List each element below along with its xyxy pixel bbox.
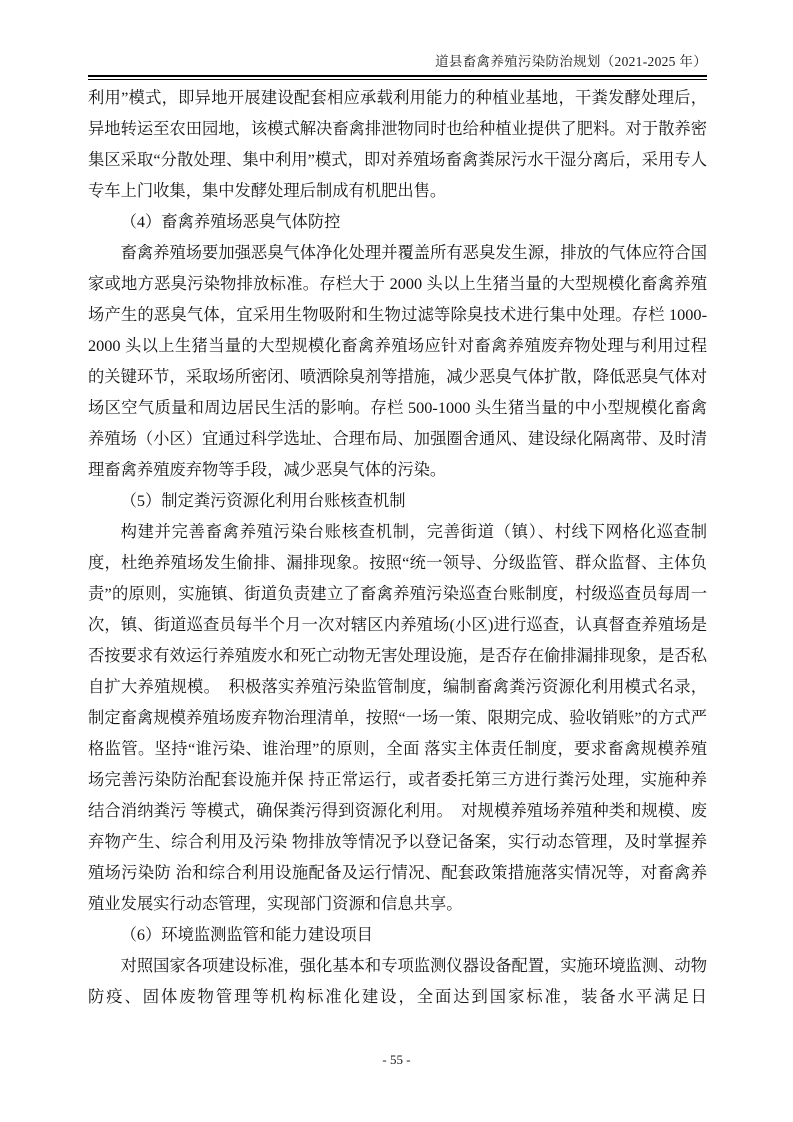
paragraph-ledger-mechanism: 构建并完善畜禽养殖污染台账核查机制，完善街道（镇）、村线下网格化巡查制度，杜绝养… — [88, 516, 707, 919]
section-heading-4: （4）畜禽养殖场恶臭气体防控 — [88, 206, 707, 237]
page-number: - 55 - — [0, 1051, 793, 1069]
header-divider — [88, 75, 707, 80]
paragraph-continuation: 利用”模式，即异地开展建设配套相应承载利用能力的种植业基地，干粪发酵处理后，异地… — [88, 82, 707, 206]
section-heading-5: （5）制定粪污资源化利用台账核查机制 — [88, 485, 707, 516]
paragraph-odor-control: 畜禽养殖场要加强恶臭气体净化处理并覆盖所有恶臭发生源，排放的气体应符合国家或地方… — [88, 237, 707, 485]
document-body: 利用”模式，即异地开展建设配套相应承载利用能力的种植业基地，干粪发酵处理后，异地… — [88, 82, 707, 1012]
section-heading-6: （6）环境监测监管和能力建设项目 — [88, 919, 707, 950]
running-header-title: 道县畜禽养殖污染防治规划（2021-2025 年） — [88, 53, 707, 71]
document-page: 道县畜禽养殖污染防治规划（2021-2025 年） 利用”模式，即异地开展建设配… — [0, 0, 793, 1122]
paragraph-monitoring-capacity: 对照国家各项建设标准，强化基本和专项监测仪器设备配置，实施环境监测、动物防疫、固… — [88, 950, 707, 1012]
